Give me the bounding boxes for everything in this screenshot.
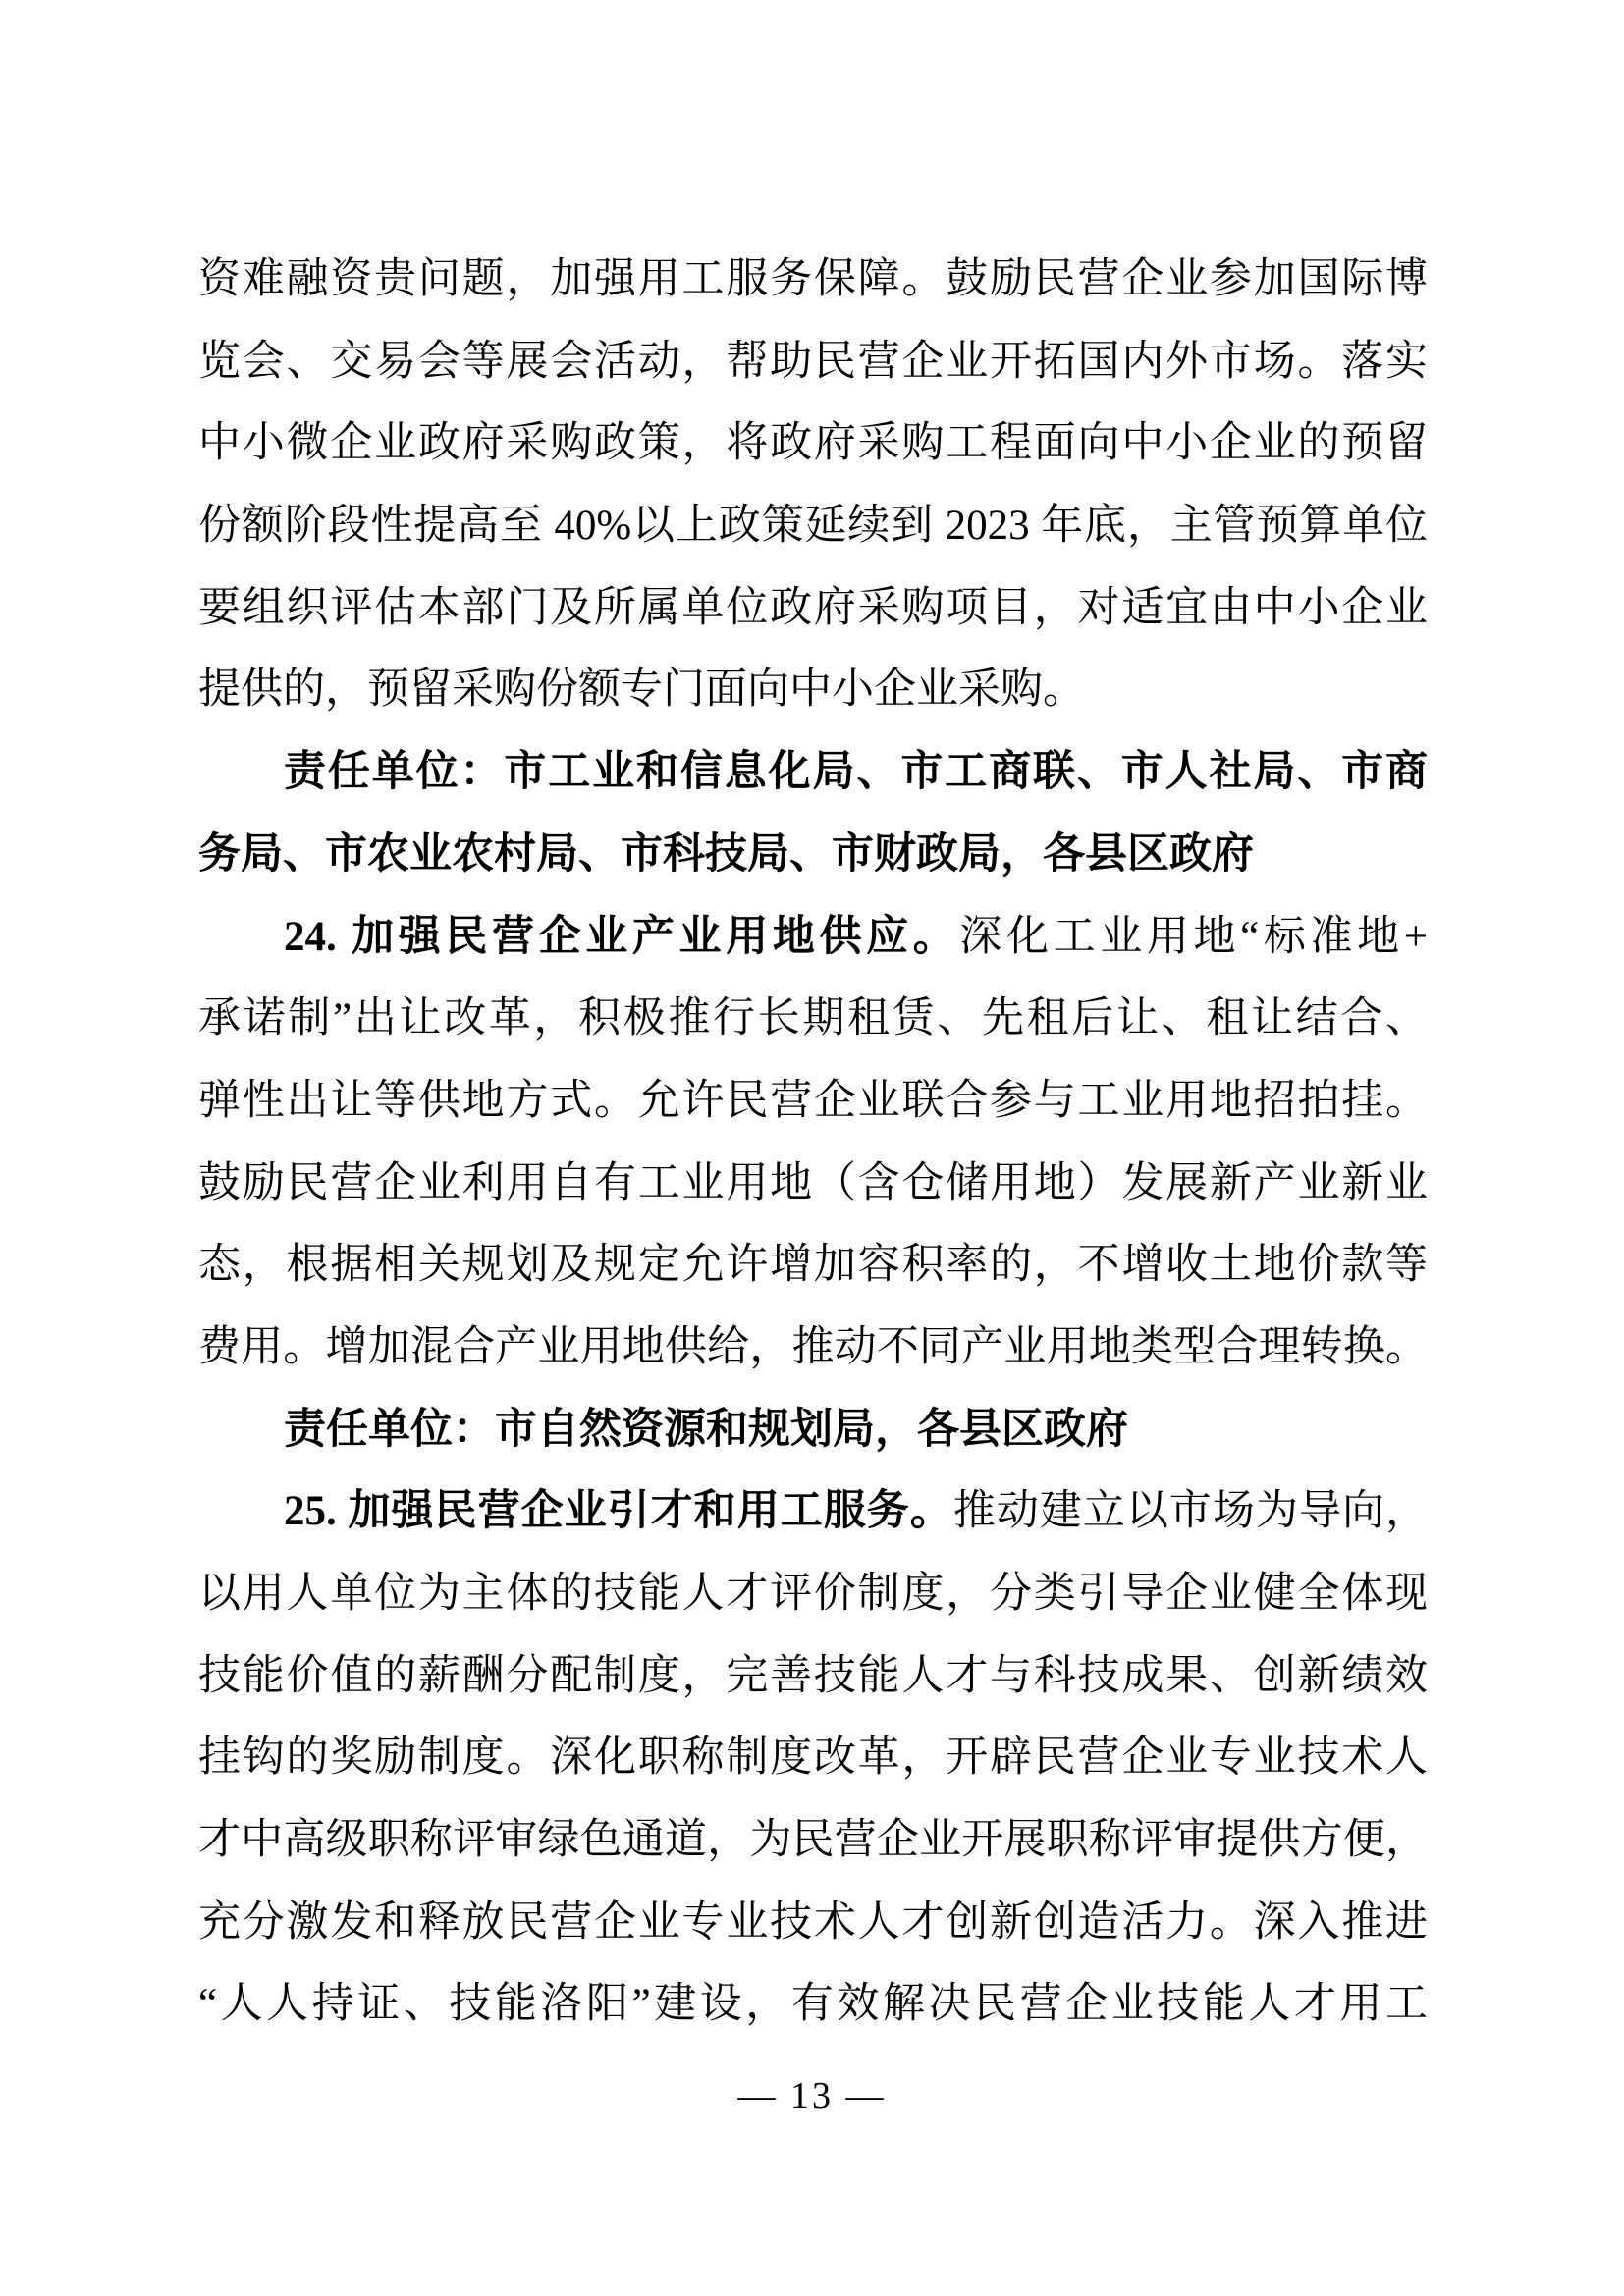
text-run: 中小微企业政府采购政策，将政府采购工程面向中小企业的预留 — [198, 420, 1428, 466]
page-footer: — 13 — — [0, 2066, 1624, 2125]
text-run: 资难融资贵问题，加强用工服务保障。鼓励民营企业参加国际博 — [198, 256, 1428, 302]
bold-text-run: 责任单位：市工业和信息化局、市工商联、市人社局、市商 — [284, 749, 1428, 795]
text-run: 充分激发和释放民营企业专业技术人才创新创造活力。深入推进 — [198, 1899, 1428, 1946]
text-run: 才中高级职称评审绿色通道，为民营企业开展职称评审提供方便， — [198, 1817, 1428, 1863]
text-run: 挂钩的奖励制度。深化职称制度改革，开辟民营企业专业技术人 — [198, 1735, 1428, 1781]
text-line: 资难融资贵问题，加强用工服务保障。鼓励民营企业参加国际博 — [198, 239, 1428, 321]
text-run: 技能价值的薪酬分配制度，完善技能人才与科技成果、创新绩效 — [198, 1653, 1428, 1699]
text-line: 份额阶段性提高至 40%以上政策延续到 2023 年底，主管预算单位 — [198, 485, 1428, 567]
bold-text-run: 24. 加强民营企业产业用地供应。 — [284, 914, 959, 960]
text-line: 态，根据相关规划及规定允许增加容积率的，不增收土地价款等 — [198, 1224, 1428, 1307]
text-line: 承诺制”出让改革，积极推行长期租赁、先租后让、租让结合、 — [198, 978, 1428, 1060]
text-run: 态，根据相关规划及规定允许增加容积率的，不增收土地价款等 — [198, 1242, 1428, 1288]
text-line: 提供的，预留采购份额专门面向中小企业采购。 — [198, 649, 1428, 731]
text-line: 费用。增加混合产业用地供给，推动不同产业用地类型合理转换。 — [198, 1307, 1428, 1389]
text-run: 鼓励民营企业利用自有工业用地（含仓储用地）发展新产业新业 — [198, 1160, 1428, 1206]
text-run: 承诺制”出让改革，积极推行长期租赁、先租后让、租让结合、 — [198, 995, 1428, 1041]
text-run: 览会、交易会等展会活动，帮助民营企业开拓国内外市场。落实 — [198, 339, 1428, 385]
text-line: 览会、交易会等展会活动，帮助民营企业开拓国内外市场。落实 — [198, 321, 1428, 403]
text-line: 技能价值的薪酬分配制度，完善技能人才与科技成果、创新绩效 — [198, 1635, 1428, 1718]
text-line: 务局、市农业农村局、市科技局、市财政局，各县区政府 — [198, 814, 1428, 896]
text-run: 弹性出让等供地方式。允许民营企业联合参与工业用地招拍挂。 — [198, 1078, 1428, 1124]
text-line: 要组织评估本部门及所属单位政府采购项目，对适宜由中小企业 — [198, 567, 1428, 650]
text-run: 深化工业用地“标准地+ — [959, 914, 1428, 960]
text-line: 挂钩的奖励制度。深化职称制度改革，开辟民营企业专业技术人 — [198, 1717, 1428, 1799]
text-line: 24. 加强民营企业产业用地供应。深化工业用地“标准地+ — [198, 896, 1428, 979]
text-line: 弹性出让等供地方式。允许民营企业联合参与工业用地招拍挂。 — [198, 1060, 1428, 1143]
text-run: 要组织评估本部门及所属单位政府采购项目，对适宜由中小企业 — [198, 585, 1428, 631]
document-page: 资难融资贵问题，加强用工服务保障。鼓励民营企业参加国际博览会、交易会等展会活动，… — [0, 0, 1624, 2296]
bold-text-run: 务局、市农业农村局、市科技局、市财政局，各县区政府 — [198, 831, 1254, 878]
text-line: 中小微企业政府采购政策，将政府采购工程面向中小企业的预留 — [198, 402, 1428, 485]
text-line: 充分激发和释放民营企业专业技术人才创新创造活力。深入推进 — [198, 1882, 1428, 1964]
text-run: 以用人单位为主体的技能人才评价制度，分类引导企业健全体现 — [198, 1571, 1428, 1617]
text-line: 责任单位：市工业和信息化局、市工商联、市人社局、市商 — [198, 731, 1428, 814]
text-run: 份额阶段性提高至 40%以上政策延续到 2023 年底，主管预算单位 — [198, 503, 1428, 549]
document-body: 资难融资贵问题，加强用工服务保障。鼓励民营企业参加国际博览会、交易会等展会活动，… — [198, 239, 1428, 2046]
text-line: 责任单位：市自然资源和规划局，各县区政府 — [198, 1389, 1428, 1471]
text-line: 以用人单位为主体的技能人才评价制度，分类引导企业健全体现 — [198, 1553, 1428, 1635]
text-run: 费用。增加混合产业用地供给，推动不同产业用地类型合理转换。 — [198, 1324, 1428, 1370]
text-run: 提供的，预留采购份额专门面向中小企业采购。 — [198, 667, 1085, 713]
text-line: 才中高级职称评审绿色通道，为民营企业开展职称评审提供方便， — [198, 1799, 1428, 1882]
text-line: 鼓励民营企业利用自有工业用地（含仓储用地）发展新产业新业 — [198, 1143, 1428, 1225]
text-run: 推动建立以市场为导向， — [953, 1488, 1428, 1534]
bold-text-run: 25. 加强民营企业引才和用工服务。 — [284, 1488, 953, 1534]
bold-text-run: 责任单位：市自然资源和规划局，各县区政府 — [284, 1407, 1128, 1453]
text-line: 25. 加强民营企业引才和用工服务。推动建立以市场为导向， — [198, 1470, 1428, 1553]
page-number: — 13 — — [738, 2075, 887, 2116]
text-line: “人人持证、技能洛阳”建设，有效解决民营企业技能人才用工 — [198, 1963, 1428, 2046]
text-run: “人人持证、技能洛阳”建设，有效解决民营企业技能人才用工 — [198, 1981, 1428, 2027]
